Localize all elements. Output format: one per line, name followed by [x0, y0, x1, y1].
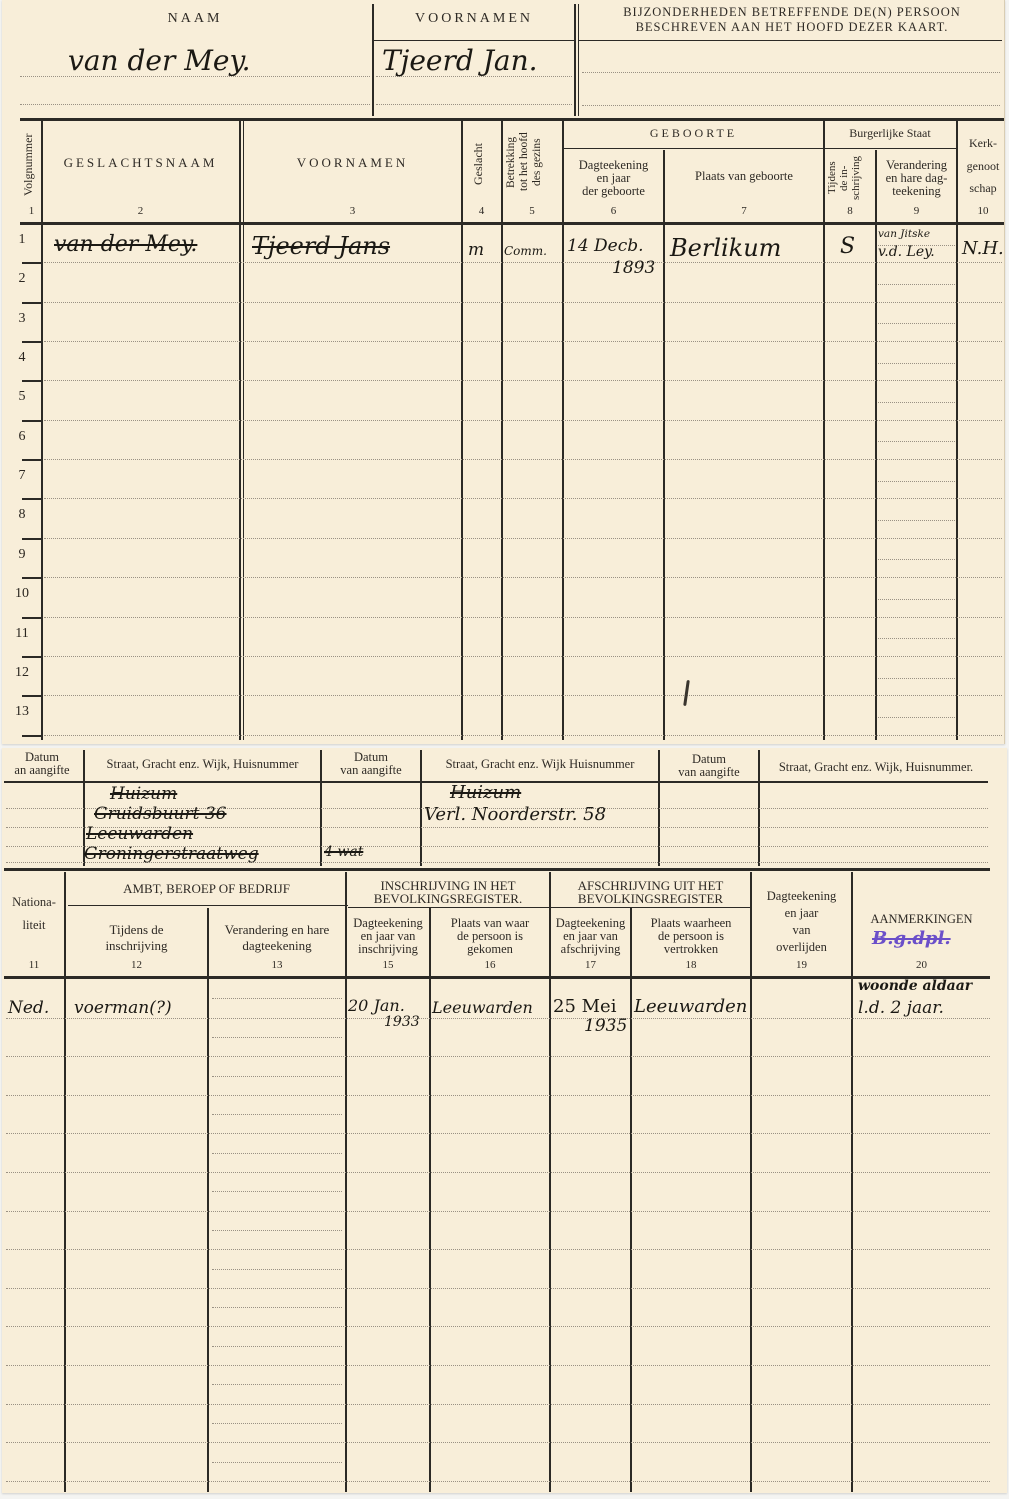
label-line: van aangifte [322, 764, 420, 777]
row-tick [22, 656, 42, 658]
col-nationaliteit-l2: liteit [4, 919, 64, 932]
col-geslacht-label: Geslacht [472, 134, 492, 194]
dotted-line [878, 441, 955, 442]
group-rule [68, 905, 348, 906]
col-geslachtsnaam-label: GESLACHTSNAAM [42, 156, 239, 169]
col-volgnummer-label: Volgnummer [22, 126, 40, 204]
dotted-line [6, 1211, 990, 1212]
dotted-line [44, 695, 1002, 696]
dotted-line [878, 481, 955, 482]
stamp-bgdpl: B.g.dpl. [872, 928, 951, 949]
table-top-rule [20, 118, 1004, 121]
entry-afschrijving-datum: 25 Mei [553, 996, 616, 1017]
col-betrekking-l2: tot het hoofd [518, 133, 530, 192]
address-1-line-3: Leeuwarden [86, 824, 193, 844]
col-inschrijving-datum-label: Dagteekening en jaar van inschrijving [347, 917, 429, 956]
ink-mark [683, 680, 690, 706]
bijzonderheden-label-1: BIJZONDERHEDEN BETREFFENDE DE(N) PERSOON [582, 6, 1002, 19]
entry-betrekking: Comm. [504, 244, 547, 258]
dotted-line [878, 559, 955, 560]
row-number: 13 [2, 704, 42, 720]
dotted-line [44, 380, 1002, 381]
entry-voornamen: Tjeerd Jans [252, 232, 390, 260]
dotted-line [6, 1056, 990, 1057]
dotted-line [212, 1462, 342, 1463]
label-line: inschrijving [347, 943, 429, 956]
row-number: 8 [2, 507, 42, 523]
row-tick [22, 459, 42, 461]
dotted-line [44, 262, 1002, 263]
label-line: teekening [877, 185, 956, 198]
label-line: vertrokken [632, 943, 750, 956]
col-num: 4 [462, 205, 501, 217]
col-num: 2 [42, 205, 239, 217]
straat-label-3: Straat, Gracht enz. Wijk, Huisnummer. [760, 761, 992, 774]
entry-geslacht: m [468, 240, 484, 260]
entry-geboorte-plaats: Berlikum [670, 234, 781, 262]
dotted-line [6, 1365, 990, 1366]
geboorte-group-label: GEBOORTE [564, 127, 823, 140]
dotted-line [212, 1269, 342, 1270]
label-line: de in- [838, 165, 850, 190]
dotted-line [878, 717, 955, 718]
entry-verandering-2: v.d. Ley. [878, 244, 935, 260]
col-num: 1 [22, 205, 41, 217]
col-nationaliteit-l1: Nationa- [4, 896, 64, 909]
row-tick [22, 380, 42, 382]
col-voornamen-label: VOORNAMEN [244, 156, 461, 169]
col-divider [663, 150, 665, 740]
col-geboorte-datum-label: Dagteekening en jaar der geboorte [564, 159, 663, 198]
dotted-line [6, 1249, 990, 1250]
dotted-line [20, 104, 370, 105]
entry-kerkgenootschap: N.H. [962, 238, 1004, 259]
row-number: 5 [2, 389, 42, 405]
col-tijdens-inschrijving-label: Tijdens de inschrijving [66, 923, 207, 952]
entry-inschrijving-datum: 20 Jan. [348, 996, 405, 1015]
dotted-line [212, 1191, 342, 1192]
col-afschrijving-datum-label: Dagteekening en jaar van afschrijving [551, 917, 630, 956]
entry-gekomen-van: Leeuwarden [432, 998, 533, 1017]
dotted-line [44, 459, 1002, 460]
dotted-line [212, 1037, 342, 1038]
header-bottom-rule [4, 976, 990, 979]
burgerlijke-staat-label: Burgerlijke Staat [824, 127, 956, 140]
col-num: 19 [752, 959, 851, 971]
col-geboorte-plaats-label: Plaats van geboorte [665, 170, 823, 183]
dotted-line [44, 341, 1002, 342]
label-line: der geboorte [564, 185, 663, 198]
dotted-line [376, 104, 572, 105]
row-number: 12 [2, 665, 42, 681]
dotted-line [44, 617, 1002, 618]
label-line: Tijdens [826, 162, 838, 195]
label-line: gekomen [431, 943, 549, 956]
ambt-group-label: AMBT, BEROEP OF BEDRIJF [68, 882, 345, 895]
voornamen-value: Tjeerd Jan. [382, 44, 538, 77]
row-tick [22, 420, 42, 422]
col-betrekking-l1: Betrekking [505, 136, 517, 187]
dotted-line [212, 1076, 342, 1077]
address-2-line-1: Huizum [450, 782, 521, 803]
entry-geboorte-jaar: 1893 [612, 258, 655, 278]
divider [374, 40, 574, 41]
entry-burgerlijke-staat: S [840, 234, 855, 259]
header-bottom-rule [20, 222, 1004, 225]
col-aanmerkingen-label: AANMERKINGEN [853, 913, 990, 926]
afschrijving-group-label: AFSCHRIJVING UIT HET BEVOLKINGSREGISTER [551, 879, 750, 905]
label-line: Verandering en hare [209, 923, 345, 936]
dotted-line [6, 1172, 990, 1173]
row-tick [22, 262, 42, 264]
dotted-line [212, 1153, 342, 1154]
dotted-line [878, 402, 955, 403]
row-number: 11 [2, 626, 42, 642]
voornamen-label: VOORNAMEN [374, 12, 574, 25]
col-num: 5 [502, 205, 562, 217]
dotted-line [44, 498, 1002, 499]
dotted-line [212, 1230, 342, 1231]
col-divider [875, 150, 877, 740]
col-verandering-label: Verandering en hare dagteekening [209, 923, 345, 952]
row-number: 7 [2, 468, 42, 484]
col-tijdens-inschrijving-label: Tijdens de in- schrijving [826, 152, 874, 204]
col-num: 12 [66, 959, 207, 971]
dotted-line [212, 1423, 342, 1424]
entry-vertrokken-naar: Leeuwarden [634, 996, 747, 1017]
dotted-line [212, 998, 342, 999]
label-line: Dagteekening [752, 888, 851, 905]
label-line: van aangifte [660, 766, 758, 779]
label-line: Tijdens de [66, 923, 207, 936]
dotted-line [44, 538, 1002, 539]
dotted-line [44, 735, 1002, 736]
row-number: 2 [2, 271, 42, 287]
label-line: an aangifte [2, 764, 82, 777]
dotted-line [878, 599, 955, 600]
col-num: 13 [209, 959, 345, 971]
bijzonderheden-label-2: BESCHREVEN AAN HET HOOFD DEZER KAART. [582, 21, 1002, 34]
col-num: 9 [877, 205, 956, 217]
row-number: 3 [2, 311, 42, 327]
col-num: 17 [551, 959, 630, 971]
label-line: inschrijving [66, 939, 207, 952]
dotted-line [878, 323, 955, 324]
datum-aangifte-label-1: Datum an aangifte [2, 751, 82, 777]
divider [574, 4, 576, 116]
dotted-line [6, 1442, 990, 1443]
divider [578, 40, 1002, 41]
row-number: 10 [2, 586, 42, 602]
dotted-line [212, 1384, 342, 1385]
genoot-label: genoot [958, 160, 1008, 173]
dotted-line [6, 1288, 990, 1289]
address-1-line-4: Groningerstraatweg [84, 844, 259, 864]
col-verandering-label: Verandering en hare dag- teekening [877, 159, 956, 198]
label-line: BEVOLKINGSREGISTER. [347, 892, 549, 905]
col-num: 6 [564, 205, 663, 217]
row-tick [22, 341, 42, 343]
row-number: 1 [2, 232, 42, 248]
dotted-line [6, 1133, 990, 1134]
row-tick [22, 302, 42, 304]
row-tick [22, 735, 42, 737]
col-overlijden-label: Dagteekening en jaar van overlijden [752, 888, 851, 956]
table-top-rule [4, 868, 990, 871]
dotted-line [6, 1404, 990, 1405]
entry-afschrijving-jaar: 1935 [584, 1016, 627, 1036]
entry-aanmerking-2: l.d. 2 jaar. [858, 998, 944, 1018]
naam-value: van der Mey. [68, 44, 250, 77]
col-betrekking-l3: des gezins [531, 138, 543, 186]
row-number: 9 [2, 547, 42, 563]
dotted-line [582, 105, 1000, 106]
label-line: dagteekening [209, 939, 345, 952]
aangifte-datum-2: 4 wat [324, 844, 363, 860]
row-tick [22, 695, 42, 697]
dotted-line [6, 1326, 990, 1327]
entry-geboorte-datum: 14 Decb. [567, 236, 644, 256]
row-number: 4 [2, 350, 42, 366]
straat-label-1: Straat, Gracht enz. Wijk, Huisnummer [85, 758, 320, 771]
dotted-line [212, 1114, 342, 1115]
entry-beroep: voerman(?) [74, 998, 172, 1018]
naam-label: NAAM [20, 12, 370, 25]
label-line: BEVOLKINGSREGISTER [551, 892, 750, 905]
straat-label-2: Straat, Gracht enz. Wijk Huisnummer [422, 758, 658, 771]
dotted-line [44, 577, 1002, 578]
col-divider [239, 120, 241, 740]
dotted-line [212, 1307, 342, 1308]
dotted-line [44, 420, 1002, 421]
address-2-line-2: Verl. Noorderstr. 58 [424, 804, 606, 825]
col-num: 8 [825, 205, 875, 217]
dotted-line [878, 284, 955, 285]
entry-geslachtsnaam: van der Mey. [54, 232, 197, 257]
col-num: 10 [958, 205, 1008, 217]
col-num: 15 [347, 959, 429, 971]
label-line: van [752, 922, 851, 939]
row-number: 6 [2, 429, 42, 445]
dotted-line [6, 1481, 990, 1482]
row-tick [22, 577, 42, 579]
dotted-line [878, 638, 955, 639]
dotted-line [212, 1346, 342, 1347]
row-tick [22, 538, 42, 540]
address-1-line-2: Gruidsbuurt 36 [94, 804, 226, 824]
top-card: NAAM VOORNAMEN BIJZONDERHEDEN BETREFFEND… [2, 0, 1005, 744]
col-gekomen-label: Plaats van waar de persoon is gekomen [431, 917, 549, 956]
label-line: schrijving [850, 156, 862, 200]
dotted-line [878, 520, 955, 521]
group-rule [564, 148, 956, 149]
col-num: 20 [853, 959, 990, 971]
col-num: 18 [632, 959, 750, 971]
entry-nationaliteit: Ned. [8, 998, 49, 1018]
col-num: 16 [431, 959, 549, 971]
entry-inschrijving-jaar: 1933 [384, 1014, 420, 1030]
col-num: 11 [4, 959, 64, 971]
inschrijving-group-label: INSCHRIJVING IN HET BEVOLKINGSREGISTER. [347, 879, 549, 905]
row-tick [22, 498, 42, 500]
dotted-line [878, 363, 955, 364]
label-line: en jaar [752, 905, 851, 922]
divider [578, 4, 579, 116]
bottom-card: Datum an aangifte Straat, Gracht enz. Wi… [2, 748, 1007, 1493]
col-betrekking-label: Betrekking tot het hoofd des gezins [505, 124, 560, 200]
col-num: 3 [244, 205, 461, 217]
datum-aangifte-label-2: Datum van aangifte [322, 751, 420, 777]
dotted-line [44, 656, 1002, 657]
schap-label: schap [958, 182, 1008, 195]
dotted-line [878, 678, 955, 679]
col-vertrokken-label: Plaats waarheen de persoon is vertrokken [632, 917, 750, 956]
label-line: afschrijving [551, 943, 630, 956]
label-line: overlijden [752, 939, 851, 956]
dotted-line [6, 1095, 990, 1096]
address-1-line-1: Huizum [110, 784, 177, 804]
datum-aangifte-label-3: Datum van aangifte [660, 753, 758, 779]
col-num: 7 [665, 205, 823, 217]
dotted-line [44, 302, 1002, 303]
row-tick [22, 617, 42, 619]
entry-aanmerking-1: woonde aldaar [858, 978, 972, 994]
kerk-label: Kerk- [958, 137, 1008, 150]
dotted-line [582, 72, 1000, 73]
entry-verandering-1: van Jitske [878, 228, 930, 240]
